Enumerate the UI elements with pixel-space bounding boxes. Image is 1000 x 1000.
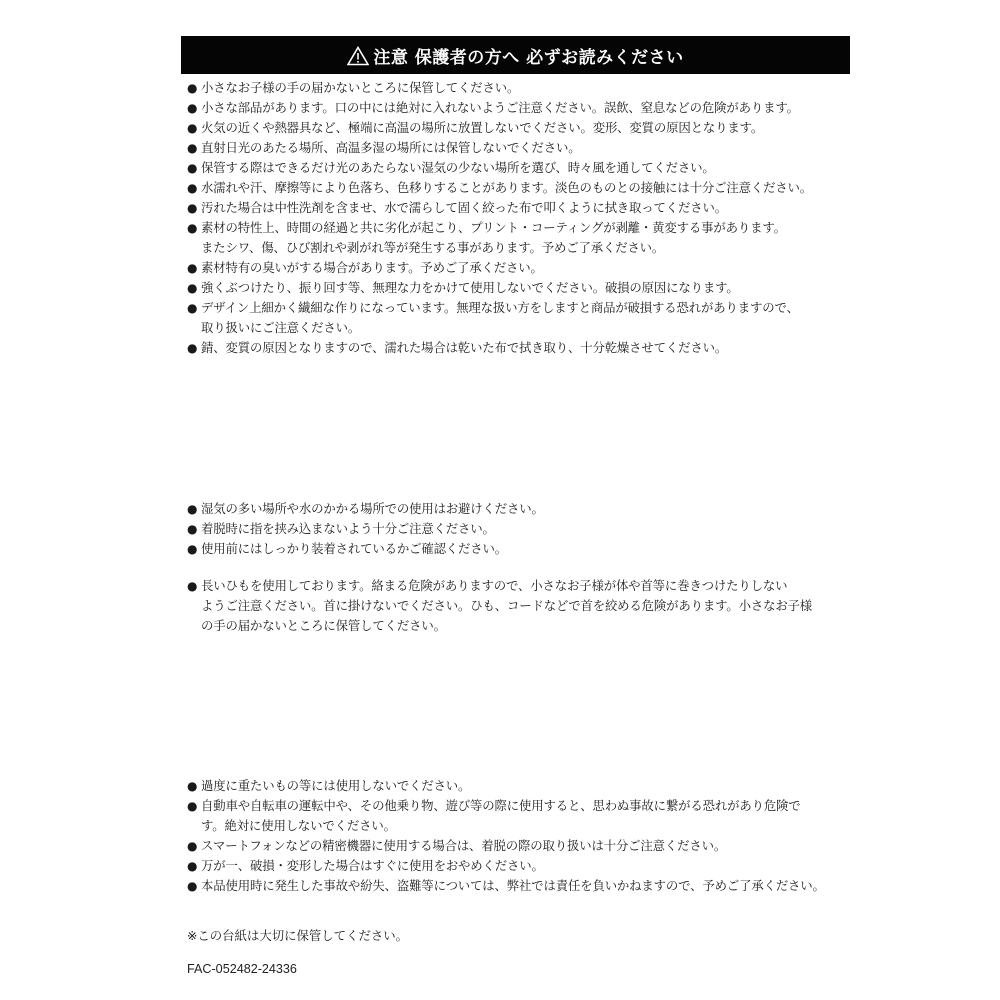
- caution-text: スマートフォンなどの精密機器に使用する場合は、着脱の際の取り扱いは十分ご注意くだ…: [201, 838, 726, 853]
- caution-text: 素材特有の臭いがする場合があります。予めご了承ください。: [201, 260, 543, 275]
- bullet-icon: ●: [187, 78, 201, 98]
- caution-item: ●錆、変質の原因となりますので、濡れた場合は乾いた布で拭き取り、十分乾燥させてく…: [187, 338, 847, 358]
- caution-text: の手の届かないところに保管してください。: [187, 616, 847, 636]
- caution-item: ●デザイン上細かく繊細な作りになっています。無理な扱い方をしますと商品が破損する…: [187, 298, 847, 338]
- caution-text: 小さな部品があります。口の中には絶対に入れないようご注意ください。誤飲、窒息など…: [201, 100, 799, 115]
- caution-text: 強くぶつけたり、振り回す等、無理な力をかけて使用しないでください。破損の原因にな…: [201, 280, 739, 295]
- section-usage-cautions: ●湿気の多い場所や水のかかる場所での使用はお避けください。●着脱時に指を挟み込ま…: [187, 499, 847, 559]
- bullet-icon: ●: [187, 539, 201, 559]
- bullet-icon: ●: [187, 776, 201, 796]
- bullet-icon: ●: [187, 499, 201, 519]
- caution-text: 保管する際はできるだけ光のあたらない湿気の少ない場所を選び、時々風を通してくださ…: [201, 160, 715, 175]
- caution-text: 使用前にはしっかり装着されているかご確認ください。: [201, 541, 507, 556]
- section-disclaimer: ●過度に重たいもの等には使用しないでください。●自動車や自転車の運転中や、その他…: [187, 776, 847, 896]
- bullet-icon: ●: [187, 796, 201, 816]
- caution-text: 過度に重たいもの等には使用しないでください。: [201, 778, 470, 793]
- caution-header: 注意 保護者の方へ 必ずお読みください: [181, 36, 850, 74]
- caution-text: す。絶対に使用しないでください。: [187, 816, 847, 836]
- section-cord-warning: ●長いひもを使用しております。絡まる危険がありますので、小さなお子様が体や首等に…: [187, 576, 847, 636]
- bullet-icon: ●: [187, 158, 201, 178]
- bullet-icon: ●: [187, 298, 201, 318]
- caution-text: 着脱時に指を挟み込まないよう十分ご注意ください。: [201, 521, 495, 536]
- caution-text: 直射日光のあたる場所、高温多湿の場所には保管しないでください。: [201, 140, 580, 155]
- bullet-icon: ●: [187, 836, 201, 856]
- caution-item: ●自動車や自転車の運転中や、その他乗り物、遊び等の際に使用すると、思わぬ事故に繋…: [187, 796, 847, 836]
- caution-item: ●長いひもを使用しております。絡まる危険がありますので、小さなお子様が体や首等に…: [187, 576, 847, 636]
- caution-item: ●直射日光のあたる場所、高温多湿の場所には保管しないでください。: [187, 138, 847, 158]
- bullet-icon: ●: [187, 876, 201, 896]
- bullet-icon: ●: [187, 576, 201, 596]
- caution-text: 小さなお子様の手の届かないところに保管してください。: [201, 80, 519, 95]
- caution-text: 湿気の多い場所や水のかかる場所での使用はお避けください。: [201, 501, 544, 516]
- bullet-icon: ●: [187, 178, 201, 198]
- caution-text: 万が一、破損・変形した場合はすぐに使用をおやめください。: [201, 858, 544, 873]
- caution-item: ●湿気の多い場所や水のかかる場所での使用はお避けください。: [187, 499, 847, 519]
- caution-item: ●素材特有の臭いがする場合があります。予めご了承ください。: [187, 258, 847, 278]
- bullet-icon: ●: [187, 258, 201, 278]
- caution-text: 長いひもを使用しております。絡まる危険がありますので、小さなお子様が体や首等に巻…: [201, 578, 787, 593]
- caution-text: ようご注意ください。首に掛けないでください。ひも、コードなどで首を絞める危険があ…: [187, 596, 847, 616]
- bullet-icon: ●: [187, 856, 201, 876]
- bullet-icon: ●: [187, 98, 201, 118]
- caution-item: ●小さなお子様の手の届かないところに保管してください。: [187, 78, 847, 98]
- caution-item: ●過度に重たいもの等には使用しないでください。: [187, 776, 847, 796]
- section-general-care: ●小さなお子様の手の届かないところに保管してください。●小さな部品があります。口…: [187, 78, 847, 358]
- caution-item: ●着脱時に指を挟み込まないよう十分ご注意ください。: [187, 519, 847, 539]
- bullet-icon: ●: [187, 138, 201, 158]
- caution-text: またシワ、傷、ひび割れや剥がれ等が発生する事があります。予めご了承ください。: [187, 238, 847, 258]
- bullet-icon: ●: [187, 338, 201, 358]
- bullet-icon: ●: [187, 218, 201, 238]
- caution-text: 火気の近くや熱器具など、極端に高温の場所に放置しないでください。変形、変質の原因…: [201, 120, 763, 135]
- caution-item: ●汚れた場合は中性洗剤を含ませ、水で濡らして固く絞った布で叩くように拭き取ってく…: [187, 198, 847, 218]
- bullet-icon: ●: [187, 519, 201, 539]
- caution-text: 水濡れや汗、摩擦等により色落ち、色移りすることがあります。淡色のものとの接触には…: [201, 180, 812, 195]
- caution-text: デザイン上細かく繊細な作りになっています。無理な扱い方をしますと商品が破損する恐…: [201, 300, 799, 315]
- caution-item: ●水濡れや汗、摩擦等により色落ち、色移りすることがあります。淡色のものとの接触に…: [187, 178, 847, 198]
- caution-item: ●小さな部品があります。口の中には絶対に入れないようご注意ください。誤飲、窒息な…: [187, 98, 847, 118]
- warning-triangle-icon: [347, 46, 369, 66]
- keep-card-note: ※この台紙は大切に保管してください。: [187, 926, 408, 946]
- product-code: FAC-052482-24336: [187, 959, 297, 979]
- bullet-icon: ●: [187, 198, 201, 218]
- caution-item: ●素材の特性上、時間の経過と共に劣化が起こり、プリント・コーティングが剥離・黄変…: [187, 218, 847, 258]
- caution-text: 素材の特性上、時間の経過と共に劣化が起こり、プリント・コーティングが剥離・黄変す…: [201, 220, 786, 235]
- caution-text: 錆、変質の原因となりますので、濡れた場合は乾いた布で拭き取り、十分乾燥させてくだ…: [201, 340, 727, 355]
- caution-text: 自動車や自転車の運転中や、その他乗り物、遊び等の際に使用すると、思わぬ事故に繋が…: [201, 798, 801, 813]
- bullet-icon: ●: [187, 118, 201, 138]
- caution-text: 取り扱いにご注意ください。: [187, 318, 847, 338]
- caution-item: ●強くぶつけたり、振り回す等、無理な力をかけて使用しないでください。破損の原因に…: [187, 278, 847, 298]
- caution-item: ●火気の近くや熱器具など、極端に高温の場所に放置しないでください。変形、変質の原…: [187, 118, 847, 138]
- caution-item: ●保管する際はできるだけ光のあたらない湿気の少ない場所を選び、時々風を通してくだ…: [187, 158, 847, 178]
- caution-item: ●本品使用時に発生した事故や紛失、盗難等については、弊社では責任を負いかねますの…: [187, 876, 847, 896]
- caution-text: 汚れた場合は中性洗剤を含ませ、水で濡らして固く絞った布で叩くように拭き取ってくだ…: [201, 200, 727, 215]
- caution-item: ●使用前にはしっかり装着されているかご確認ください。: [187, 539, 847, 559]
- bullet-icon: ●: [187, 278, 201, 298]
- caution-title: 注意 保護者の方へ 必ずお読みください: [373, 43, 683, 68]
- caution-item: ●スマートフォンなどの精密機器に使用する場合は、着脱の際の取り扱いは十分ご注意く…: [187, 836, 847, 856]
- caution-item: ●万が一、破損・変形した場合はすぐに使用をおやめください。: [187, 856, 847, 876]
- caution-text: 本品使用時に発生した事故や紛失、盗難等については、弊社では責任を負いかねますので…: [201, 878, 825, 893]
